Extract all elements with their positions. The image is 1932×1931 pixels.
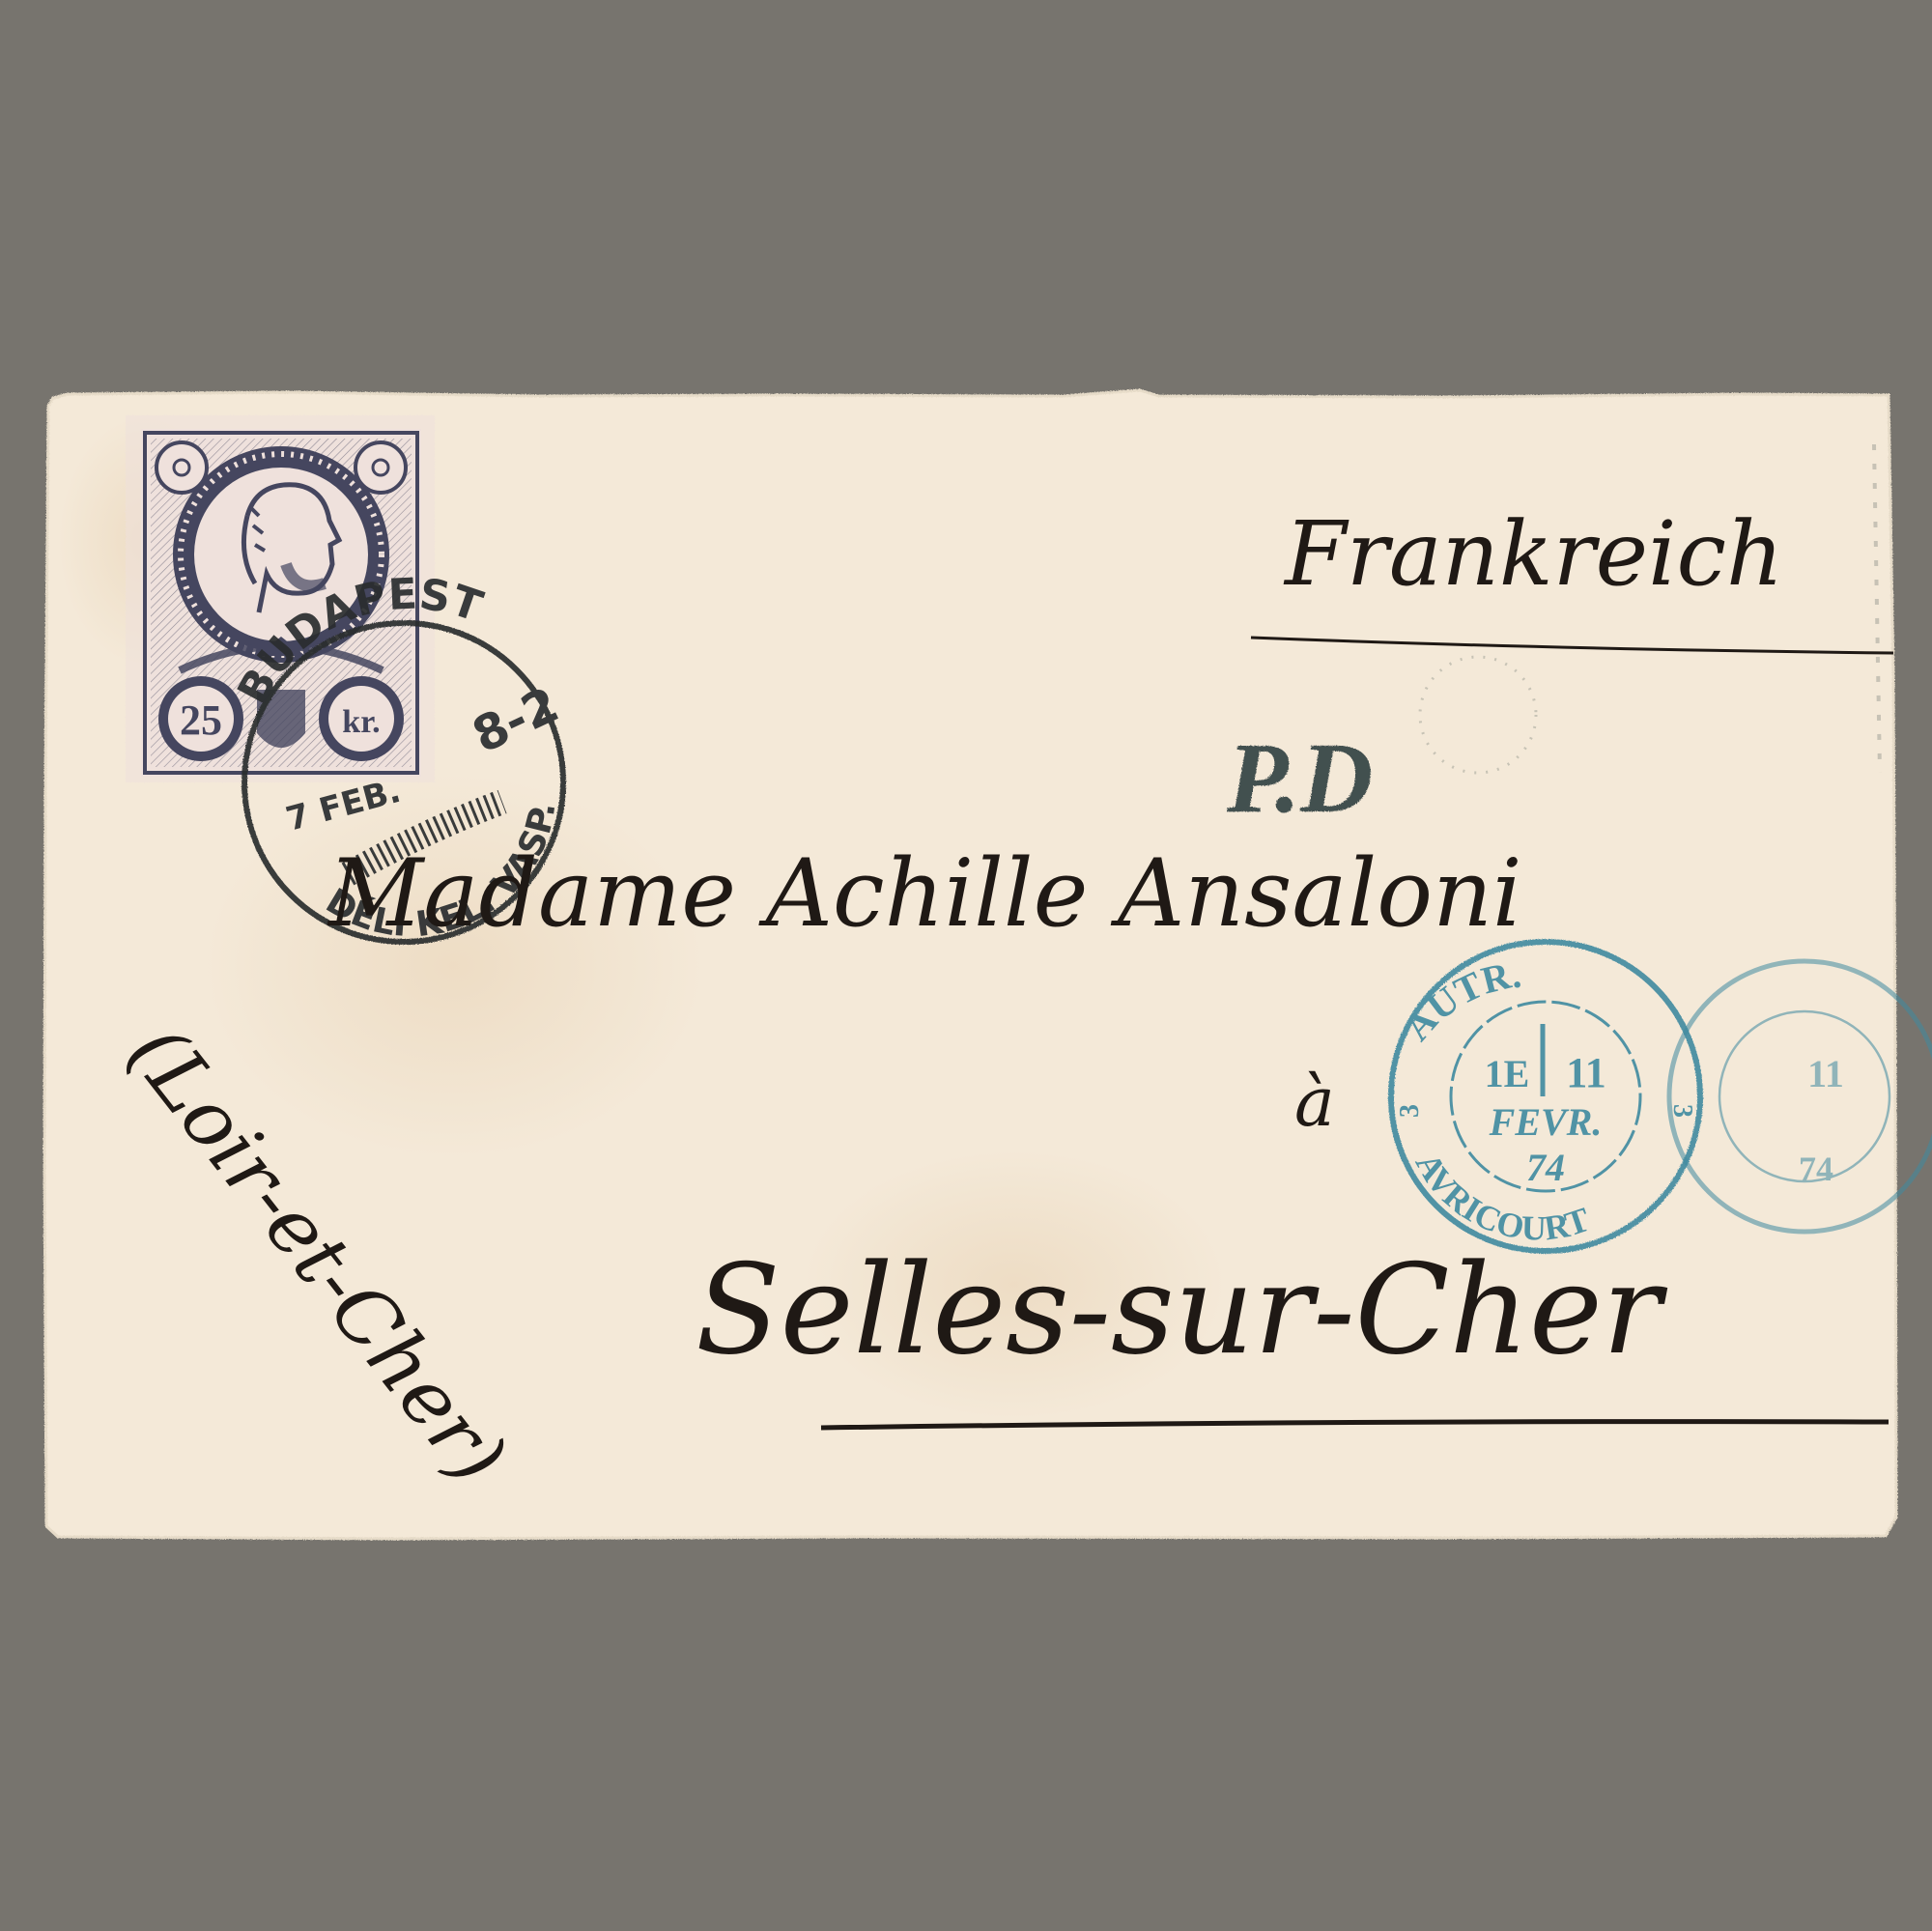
destination-country: Frankreich [1283,502,1783,606]
postmark-year: 74 [1526,1146,1565,1189]
stamp-unit: kr. [342,704,380,740]
stamp-value: 25 [180,696,222,744]
postmark-service: 1E [1485,1052,1530,1095]
preposition: à [1294,1063,1335,1142]
addressee: Madame Achille Ansaloni [327,839,1522,948]
envelope-photo: 25 kr. BUDAPEST 8-2 7 FEB. DÉLI KEL. VAS… [0,0,1932,1931]
postmark-month: FEVR. [1489,1100,1603,1144]
destination-town: Selles-sur-Cher [696,1238,1668,1382]
paper-stain [203,773,705,1159]
postmark-day: 11 [1566,1049,1606,1096]
paid-to-destination-mark: P.D [1226,723,1373,834]
postmark-year: 74 [1799,1150,1833,1188]
postmark-day: 11 [1807,1052,1844,1095]
postmark-left-number: 3 [1395,1104,1425,1118]
